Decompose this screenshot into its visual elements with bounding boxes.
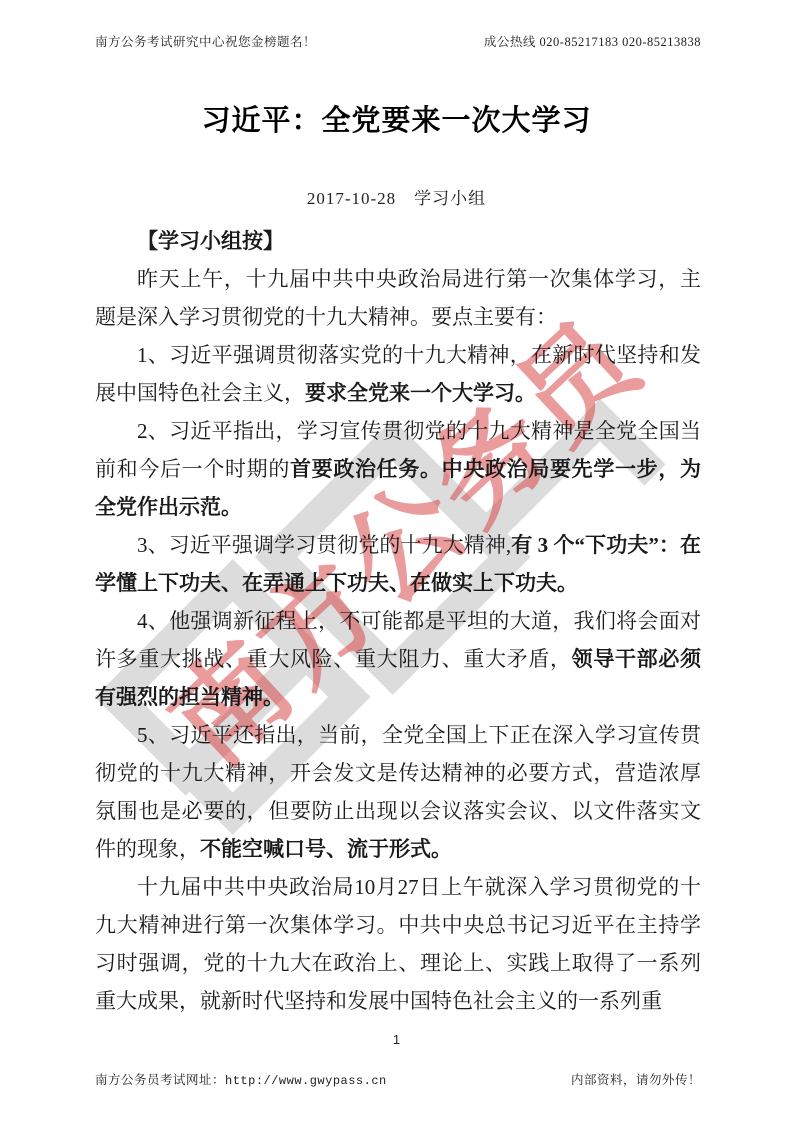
article-paragraph: 十九届中共中央政治局10月27日上午就深入学习贯彻党的十九大精神进行第一次集体学… xyxy=(95,868,701,1020)
section-label: 【学习小组按】 xyxy=(95,222,701,260)
article-paragraph: 2、习近平指出，学习宣传贯彻党的十九大精神是全党全国当前和今后一个时期的首要政治… xyxy=(95,412,701,526)
header-slogan: 南方公务考试研究中心祝您金榜题名！ xyxy=(95,32,316,50)
article-paragraph: 昨天上午，十九届中共中央政治局进行第一次集体学习，主题是深入学习贯彻党的十九大精… xyxy=(95,260,701,336)
footer-website-url: http://www.gwypass.cn xyxy=(225,1074,387,1088)
article-title: 习近平：全党要来一次大学习 xyxy=(0,98,793,139)
body-text: 3、习近平强调学习贯彻党的十九大精神, xyxy=(137,533,511,557)
page-footer: 南方公务员考试网址：http://www.gwypass.cn 内部资料，请勿外… xyxy=(95,1070,701,1088)
page-header: 南方公务考试研究中心祝您金榜题名！ 成公热线 020-85217183 020-… xyxy=(95,32,701,50)
header-hotline: 成公热线 020-85217183 020-85213838 xyxy=(484,32,701,50)
emphasis-text: 要求全党来一个大学习。 xyxy=(305,381,536,405)
body-text: 昨天上午，十九届中共中央政治局进行第一次集体学习，主题是深入学习贯彻党的十九大精… xyxy=(95,267,701,329)
article-paragraph: 1、习近平强调贯彻落实党的十九大精神，在新时代坚持和发展中国特色社会主义，要求全… xyxy=(95,336,701,412)
article-paragraphs: 昨天上午，十九届中共中央政治局进行第一次集体学习，主题是深入学习贯彻党的十九大精… xyxy=(95,260,701,1020)
footer-website: 南方公务员考试网址：http://www.gwypass.cn xyxy=(95,1070,387,1088)
footer-confidential-note: 内部资料，请勿外传！ xyxy=(571,1070,701,1088)
emphasis-text: 不能空喊口号、流于形式。 xyxy=(200,837,452,861)
footer-website-label: 南方公务员考试网址： xyxy=(95,1073,225,1087)
document-page: 南方公务员 南方公务考试研究中心祝您金榜题名！ 成公热线 020-8521718… xyxy=(0,0,793,1122)
article-dateline: 2017-10-28 学习小组 xyxy=(0,184,793,209)
article-paragraph: 4、他强调新征程上，不可能都是平坦的大道，我们将会面对许多重大挑战、重大风险、重… xyxy=(95,602,701,716)
article-paragraph: 3、习近平强调学习贯彻党的十九大精神,有 3 个“下功夫”：在学懂上下功夫、在弄… xyxy=(95,526,701,602)
article-paragraph: 5、习近平还指出，当前，全党全国上下正在深入学习宣传贯彻党的十九大精神，开会发文… xyxy=(95,716,701,868)
article-body: 【学习小组按】 昨天上午，十九届中共中央政治局进行第一次集体学习，主题是深入学习… xyxy=(95,222,701,1020)
body-text: 十九届中共中央政治局10月27日上午就深入学习贯彻党的十九大精神进行第一次集体学… xyxy=(95,875,701,1013)
page-number: 1 xyxy=(0,1032,793,1047)
